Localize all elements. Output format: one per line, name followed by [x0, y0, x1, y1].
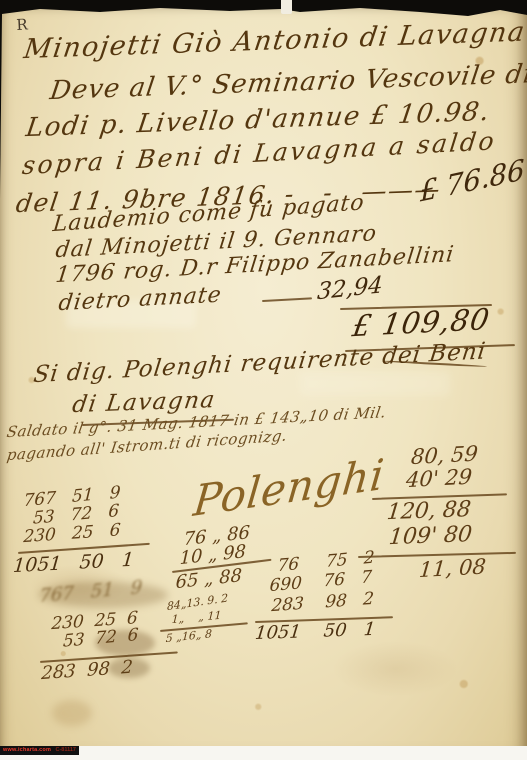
- ink-smudge: [95, 630, 155, 656]
- scan-artifact: [300, 372, 450, 396]
- center-bottom-total: 1051 50 1: [254, 621, 376, 643]
- entry2-total: £ 109,80: [350, 305, 492, 341]
- right-col-row: 40' 29: [405, 467, 473, 492]
- stamp-letter: R: [16, 17, 28, 33]
- right-col-subtotal: 120, 88: [386, 499, 472, 524]
- ink-smudge: [108, 658, 150, 678]
- watermark-site: www.icharta.com: [3, 748, 51, 754]
- paper-tab: [281, 0, 292, 14]
- paper-stain: [52, 700, 92, 726]
- right-col-minus: 109' 80: [388, 524, 473, 549]
- right-col-total: 11, 08: [418, 557, 487, 582]
- scan-bottom-strip: [0, 746, 527, 760]
- watermark-bar: www.icharta.com C-81117: [0, 746, 79, 755]
- scanned-manuscript: R Minojetti Giò Antonio di Lavagna Deve …: [0, 0, 527, 760]
- watermark-code: C-81117: [56, 748, 77, 754]
